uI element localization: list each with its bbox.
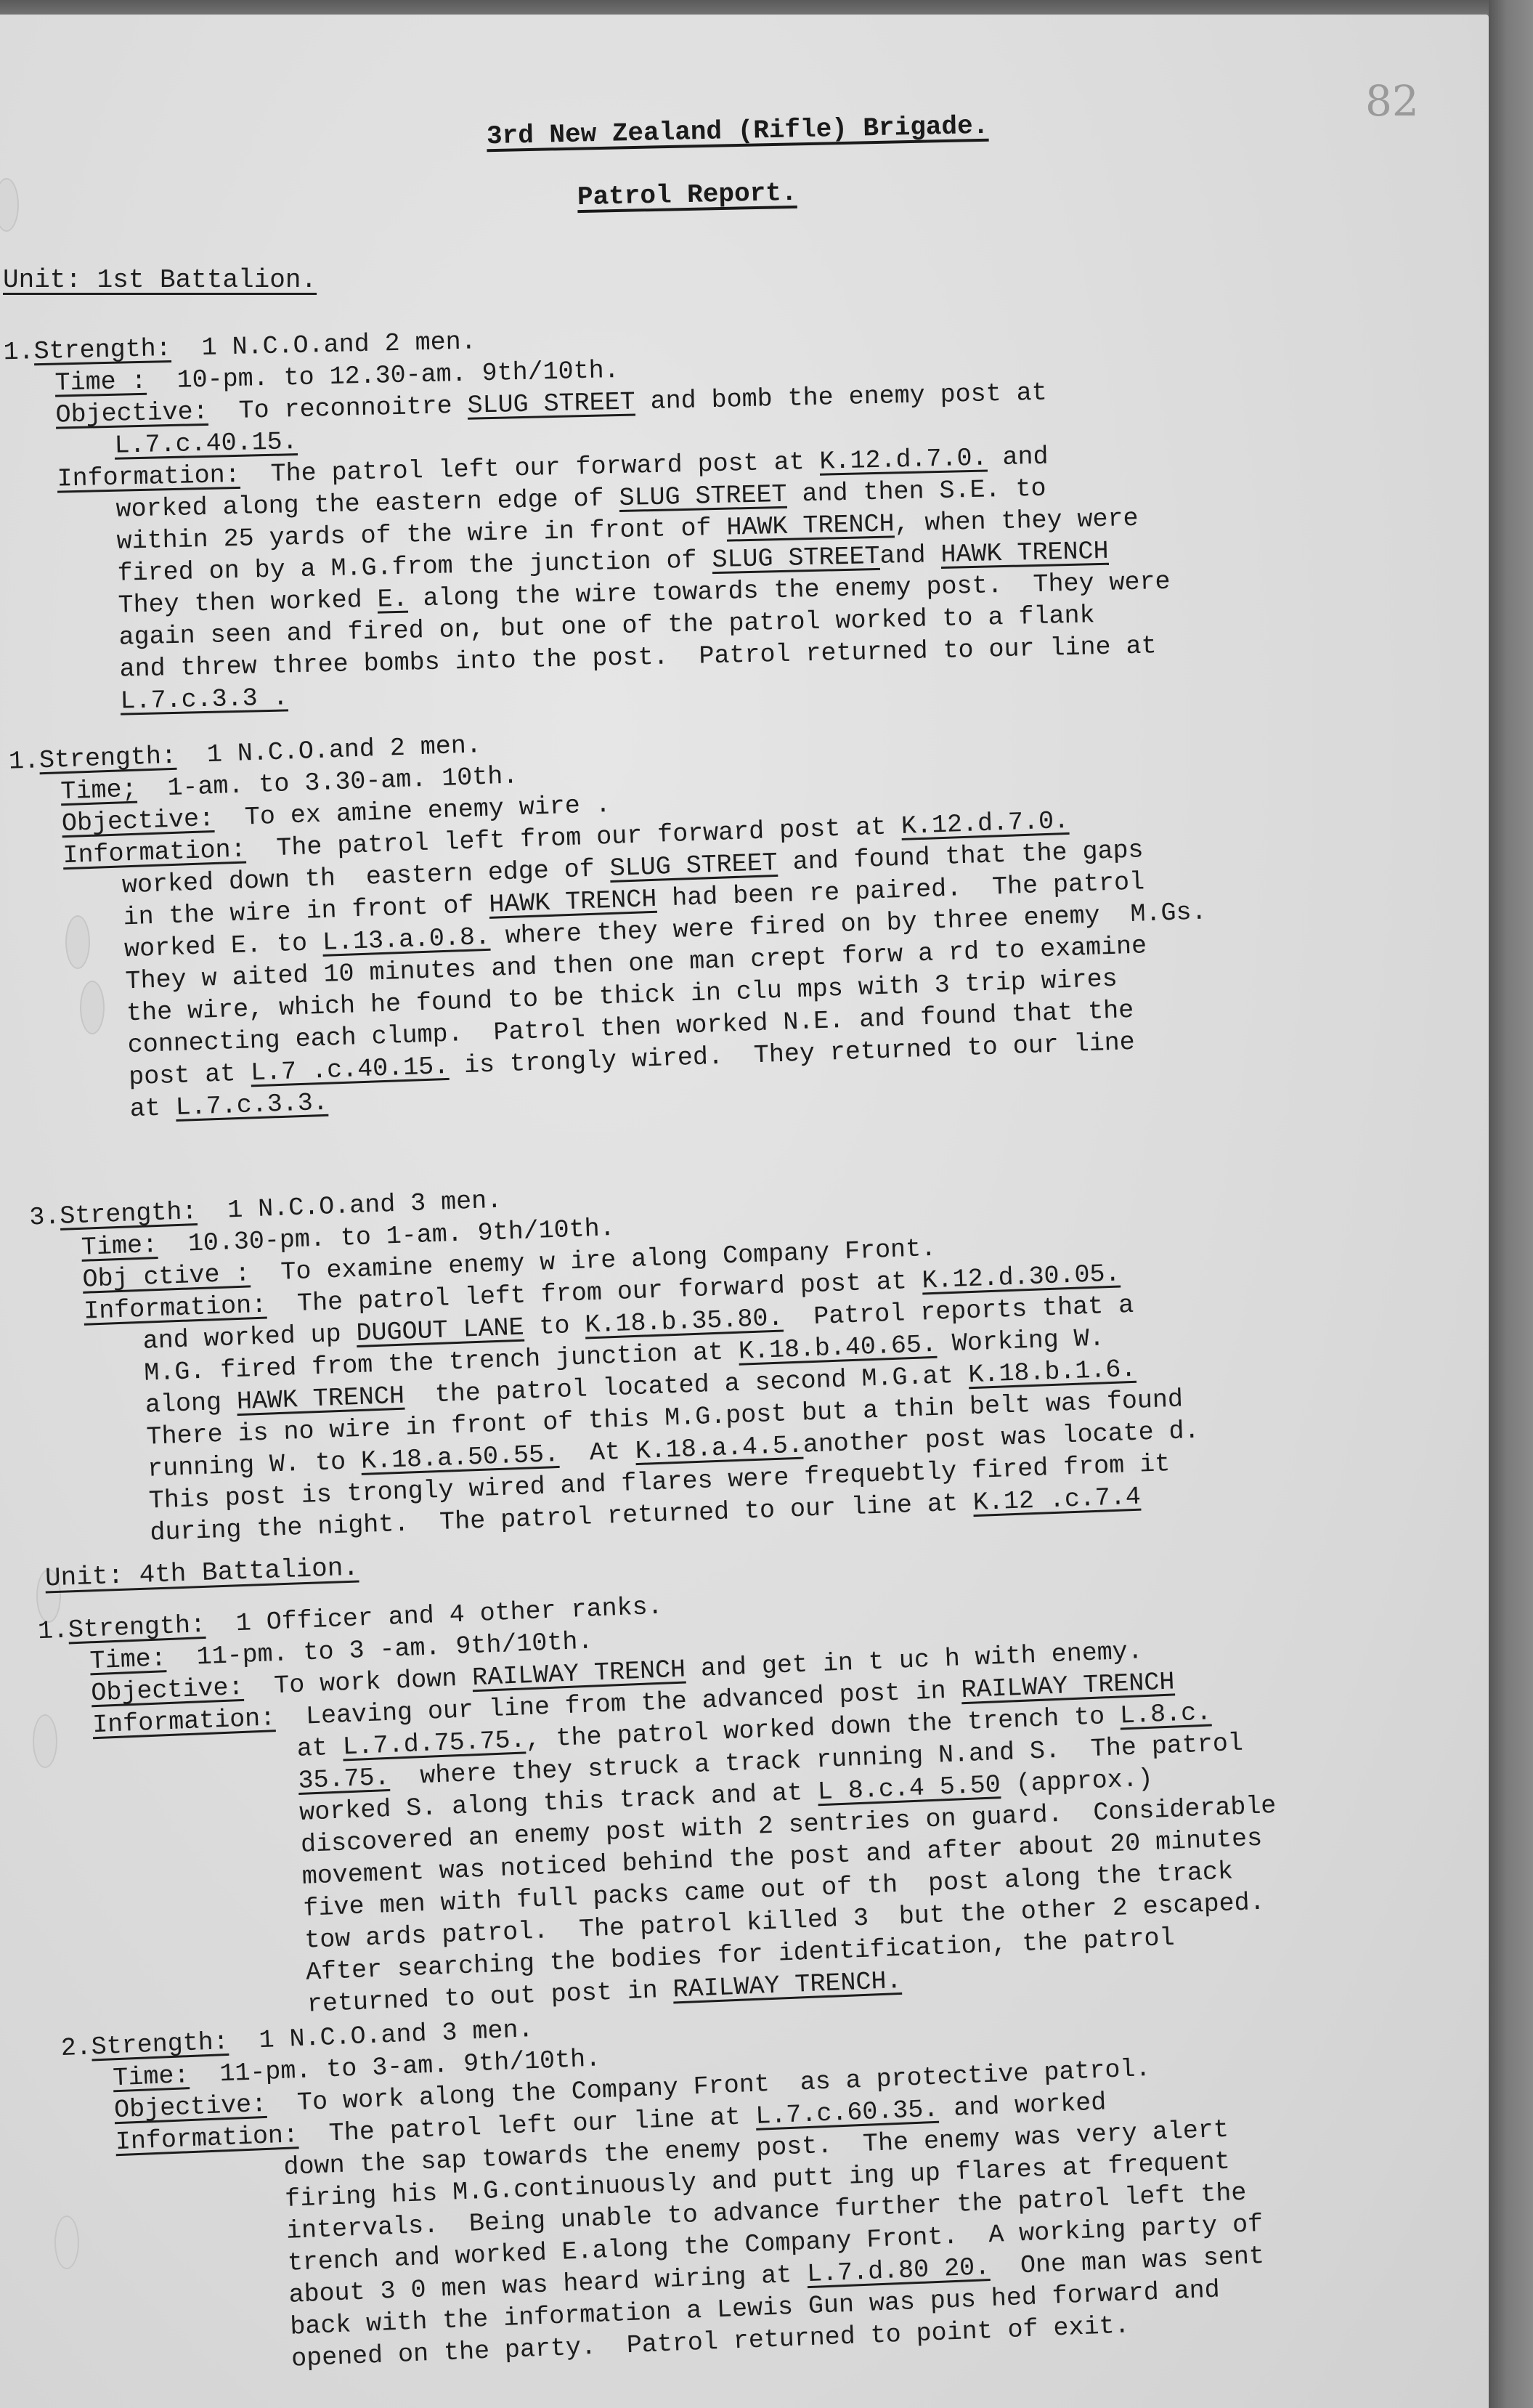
- field-label: Time;: [60, 775, 137, 807]
- map-reference: SLUG STREET: [467, 387, 635, 420]
- patrol-number: 1.: [37, 1616, 69, 1647]
- patrol-number: 1.: [8, 746, 39, 776]
- body-text: and: [879, 540, 941, 571]
- map-reference: L.7.c.3.3 .: [120, 683, 288, 715]
- map-reference: K.12.d.7.0.: [819, 444, 988, 477]
- map-reference: SLUG STREET: [712, 542, 880, 575]
- document-page: 82 3rd New Zealand (Rifle) Brigade. Patr…: [0, 15, 1489, 2408]
- patrol-number: 1.: [3, 337, 34, 367]
- body-text: at: [129, 1093, 176, 1124]
- body-text: worked E. to: [123, 928, 322, 965]
- field-label: Strength:: [33, 334, 171, 366]
- map-reference: K.12.d.7.0.: [900, 806, 1069, 841]
- scan-background-edge: [1489, 0, 1533, 2408]
- body-text: They then worked: [118, 585, 378, 620]
- punch-hole: [0, 178, 19, 232]
- field-label: Time :: [54, 367, 147, 398]
- map-reference: HAWK TRENCH: [489, 885, 657, 920]
- field-label: Strength:: [60, 1197, 198, 1231]
- patrol-section: 2.Strength: 1 N.C.O.and 3 men.Time: 11-p…: [60, 1985, 1267, 2384]
- field-label: Objective:: [114, 2090, 267, 2125]
- body-text: To reconnoitre: [238, 392, 468, 426]
- map-reference: SLUG STREET: [609, 848, 778, 883]
- patrol-section: 1.Strength: 1 Officer and 4 other ranks.…: [37, 1566, 1283, 2031]
- patrol-section: 1.Strength: 1 N.C.O.and 2 men.Time : 10-…: [3, 310, 1173, 720]
- document-title: 3rd New Zealand (Rifle) Brigade.: [487, 111, 989, 151]
- field-label: Time:: [89, 1644, 167, 1676]
- patrol-section: 3.Strength: 1 N.C.O.and 3 men.Time: 10.3…: [29, 1159, 1203, 1553]
- map-reference: DUGOUT LANE: [356, 1313, 524, 1348]
- map-reference: 35.75.: [298, 1763, 391, 1796]
- map-reference: L.7.c.40.15.: [114, 427, 298, 461]
- field-label: Time:: [81, 1231, 158, 1262]
- map-reference: K.18.b.1.6.: [968, 1355, 1136, 1390]
- patrol-number: 3.: [29, 1202, 60, 1233]
- field-label: Obj ctive :: [82, 1259, 251, 1294]
- map-reference: L.7 .c.40.15.: [251, 1052, 450, 1088]
- map-reference: E.: [377, 585, 408, 615]
- field-label: Strength:: [68, 1610, 206, 1645]
- field-label: Strength:: [38, 742, 176, 776]
- body-text: and worked: [938, 2088, 1107, 2123]
- map-reference: K.18.a.4.5.: [635, 1431, 803, 1466]
- field-label: Objective:: [61, 804, 214, 838]
- body-text: At: [558, 1437, 635, 1469]
- document-subtitle: Patrol Report.: [577, 178, 797, 212]
- body-text: , when they were: [894, 504, 1139, 539]
- field-label: Objective:: [55, 397, 208, 430]
- body-text: at: [296, 1733, 343, 1764]
- patrol-section: 1.Strength: 1 N.C.O.and 2 men.Time; 1-am…: [8, 705, 1213, 1130]
- map-reference: K.12 .c.7.4: [972, 1483, 1141, 1517]
- field-label: Information:: [115, 2120, 298, 2157]
- map-reference: L.7.c.3.3.: [175, 1088, 328, 1122]
- map-reference: L.8.c.: [1119, 1698, 1212, 1730]
- map-reference: HAWK TRENCH: [236, 1382, 404, 1416]
- unit-heading: Unit: 4th Battalion.: [44, 1552, 359, 1593]
- body-text: (approx.): [1000, 1764, 1153, 1799]
- page-number: 82: [1365, 76, 1419, 126]
- body-text: to: [524, 1311, 585, 1342]
- field-label: Information:: [84, 1291, 267, 1326]
- field-label: Time:: [113, 2061, 190, 2093]
- body-text: Working W.: [936, 1323, 1105, 1358]
- field-label: Objective:: [91, 1673, 244, 1708]
- body-text: along: [145, 1387, 237, 1420]
- field-label: Information:: [62, 835, 246, 870]
- field-label: Information:: [92, 1703, 276, 1740]
- patrol-number: 2.: [60, 2033, 92, 2064]
- strength-value: 1 N.C.O.and 2 men.: [201, 327, 476, 362]
- unit-heading: Unit: 1st Battalion.: [3, 265, 317, 295]
- map-reference: SLUG STREET: [619, 480, 787, 513]
- body-text: and: [987, 442, 1049, 473]
- map-reference: L.13.a.0.8.: [322, 923, 490, 957]
- map-reference: RAILWAY TRENCH.: [672, 1966, 902, 2005]
- body-text: and then S.E. to: [786, 474, 1046, 509]
- field-label: Strength:: [91, 2027, 229, 2062]
- body-text: post at: [129, 1058, 251, 1092]
- map-reference: HAWK TRENCH: [940, 537, 1109, 569]
- field-label: Information:: [57, 461, 240, 494]
- map-reference: HAWK TRENCH: [726, 509, 895, 542]
